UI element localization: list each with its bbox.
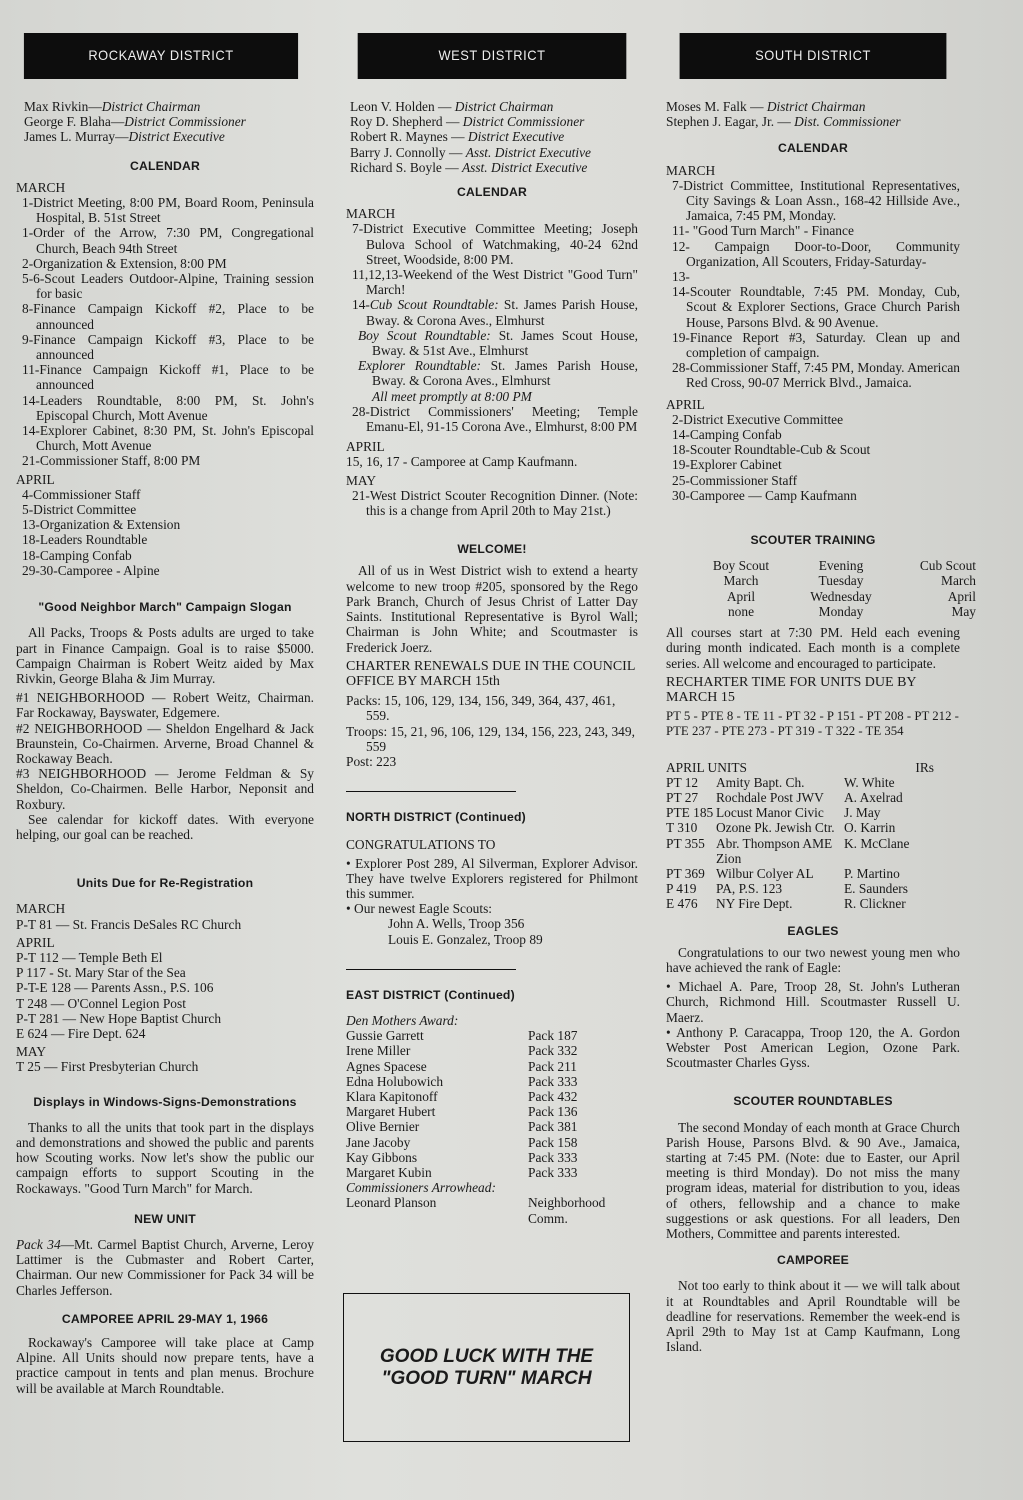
unit-sponsor: PA, P.S. 123 xyxy=(716,881,844,896)
irs-label: IRs xyxy=(844,760,934,775)
unit-entry: P-T-E 128 — Parents Assn., P.S. 106 xyxy=(16,980,314,995)
calendar-event: 5-District Committee xyxy=(16,502,314,517)
training-cell: April xyxy=(686,589,796,604)
calendar-event: 4-Commissioner Staff xyxy=(16,487,314,502)
new-unit-lead: Pack 34 xyxy=(16,1237,61,1252)
unit-number: P 419 xyxy=(666,881,716,896)
officer-role: District Executive xyxy=(129,129,225,144)
unit-entry: T 248 — O'Connel Legion Post xyxy=(16,996,314,1011)
den-mother-name: Jane Jacoby xyxy=(346,1135,528,1150)
calendar-event: 14-Explorer Cabinet, 8:30 PM, St. John's… xyxy=(16,423,314,453)
good-luck-line: GOOD LUCK WITH THE xyxy=(380,1346,593,1368)
officer-name: Barry J. Connolly — xyxy=(350,145,466,160)
den-mother-row: Agnes SpacesePack 211 xyxy=(346,1059,638,1074)
calendar-event: Boy Scout Roundtable: St. James Scout Ho… xyxy=(346,328,638,358)
training-cell: March xyxy=(686,573,796,588)
east-district-heading: EAST DISTRICT (Continued) xyxy=(346,988,638,1003)
training-cell: April xyxy=(886,589,976,604)
april-events: 4-Commissioner Staff5-District Committee… xyxy=(16,487,314,578)
roundtables-heading: SCOUTER ROUNDTABLES xyxy=(666,1094,960,1109)
calendar-heading: CALENDAR xyxy=(666,141,960,156)
slogan-heading: "Good Neighbor March" Campaign Slogan xyxy=(16,600,314,615)
unit-ir: O. Karrin xyxy=(844,820,934,835)
calendar-event: 11-Finance Campaign Kickoff #1, Place to… xyxy=(16,362,314,392)
camporee-body: Rockaway's Camporee will take place at C… xyxy=(16,1335,314,1396)
unit-number: PT 355 xyxy=(666,836,716,866)
officer-role: District Commissioner xyxy=(124,114,246,129)
unit-sponsor: Rochdale Post JWV xyxy=(716,790,844,805)
roundtable-label: Boy Scout Roundtable: xyxy=(358,328,491,343)
officer-role: Asst. District Executive xyxy=(466,145,591,160)
den-mother-row: Gussie GarrettPack 187 xyxy=(346,1028,638,1043)
unit-entry: T 25 — First Presbyterian Church xyxy=(16,1059,314,1074)
month-label: MAY xyxy=(16,1044,314,1059)
training-header: Evening xyxy=(796,558,886,573)
officer-name: Leon V. Holden — xyxy=(350,99,455,114)
neighborhoods: #1 NEIGHBORHOOD — Robert Weitz, Chairman… xyxy=(16,690,314,812)
unit-number: PT 369 xyxy=(666,866,716,881)
unit-sponsor: Wilbur Colyer AL xyxy=(716,866,844,881)
calendar-event: 14-Leaders Roundtable, 8:00 PM, St. John… xyxy=(16,393,314,423)
unit-ir: W. White xyxy=(844,775,934,790)
calendar-event: 19-Explorer Cabinet xyxy=(666,457,960,472)
rereg-heading: Units Due for Re-Registration xyxy=(16,876,314,891)
officer-role: District Executive xyxy=(468,129,564,144)
eagle-entry: • Michael A. Pare, Troop 28, St. John's … xyxy=(666,979,960,1025)
good-luck-line: "GOOD TURN" MARCH xyxy=(381,1368,591,1390)
calendar-event: 14-Scouter Roundtable, 7:45 PM. Monday, … xyxy=(666,284,960,330)
calendar-event: Explorer Roundtable: St. James Parish Ho… xyxy=(346,358,638,388)
eagle-entry: • Anthony P. Caracappa, Troop 120, the A… xyxy=(666,1025,960,1071)
calendar-event: 11,12,13-Weekend of the West District "G… xyxy=(346,267,638,297)
unit-number: PT 27 xyxy=(666,790,716,805)
calendar-event: 12- Campaign Door-to-Door, Community Org… xyxy=(666,239,960,269)
officer-role: District Chairman xyxy=(767,99,866,114)
calendar-event: 14-Cub Scout Roundtable: St. James Paris… xyxy=(346,297,638,327)
calendar-event: 1-District Meeting, 8:00 PM, Board Room,… xyxy=(16,195,314,225)
training-cell: March xyxy=(886,573,976,588)
calendar-event: 15, 16, 17 - Camporee at Camp Kaufmann. xyxy=(346,454,638,469)
den-mother-pack: Pack 432 xyxy=(528,1089,577,1104)
unit-entry: P-T 112 — Temple Beth El xyxy=(16,950,314,965)
west-district-column: WEST DISTRICT Leon V. Holden — District … xyxy=(346,33,638,1226)
north-bullet: • Explorer Post 289, Al Silverman, Explo… xyxy=(346,856,638,902)
north-district-heading: NORTH DISTRICT (Continued) xyxy=(346,810,638,825)
den-mother-name: Margaret Hubert xyxy=(346,1104,528,1119)
officer: Moses M. Falk — District Chairman xyxy=(666,99,960,114)
unit-entry: E 624 — Fire Dept. 624 xyxy=(16,1026,314,1041)
den-mother-row: Kay GibbonsPack 333 xyxy=(346,1150,638,1165)
calendar-heading: CALENDAR xyxy=(16,159,314,174)
officer-name: Max Rivkin— xyxy=(24,99,102,114)
arrowhead-unit: Neighborhood Comm. xyxy=(528,1195,608,1225)
calendar-event: 21-West District Scouter Recognition Din… xyxy=(346,488,638,518)
officer: George F. Blaha—District Commissioner xyxy=(24,114,314,129)
calendar-event: 7-District Executive Committee Meeting; … xyxy=(346,221,638,267)
slogan-body: All Packs, Troops & Posts adults are urg… xyxy=(16,625,314,686)
officer-name: George F. Blaha— xyxy=(24,114,124,129)
good-luck-box: GOOD LUCK WITH THE "GOOD TURN" MARCH xyxy=(343,1293,630,1442)
rockaway-district-column: ROCKAWAY DISTRICT Max Rivkin—District Ch… xyxy=(16,33,314,1400)
eagle-scout: John A. Wells, Troop 356 xyxy=(346,916,638,931)
officer-role: District Chairman xyxy=(102,99,201,114)
unit-number: PTE 185 xyxy=(666,805,716,820)
neighborhood-entry: #3 NEIGHBORHOOD — Jerome Feldman & Sy Sh… xyxy=(16,766,314,812)
training-cell: Wednesday xyxy=(796,589,886,604)
den-mothers-list: Gussie GarrettPack 187Irene MillerPack 3… xyxy=(346,1028,638,1180)
troops-list: Troops: 15, 21, 96, 106, 129, 134, 156, … xyxy=(346,724,638,754)
calendar-event: 19-Finance Report #3, Saturday. Clean up… xyxy=(666,330,960,360)
month-label: APRIL xyxy=(346,439,638,454)
officer: Barry J. Connolly — Asst. District Execu… xyxy=(350,145,638,160)
unit-ir: J. May xyxy=(844,805,934,820)
calendar-event: 18-Leaders Roundtable xyxy=(16,532,314,547)
unit-ir: K. McClane xyxy=(844,836,934,866)
den-mother-pack: Pack 333 xyxy=(528,1150,577,1165)
roundtable-note: All meet promptly at 8:00 PM xyxy=(372,389,532,404)
calendar-event: 21-Commissioner Staff, 8:00 PM xyxy=(16,453,314,468)
den-mothers-label: Den Mothers Award: xyxy=(346,1013,458,1028)
welcome-body: All of us in West District wish to exten… xyxy=(346,563,638,654)
training-cell: none xyxy=(686,604,796,619)
calendar-event: 14-Camping Confab xyxy=(666,427,960,442)
unit-sponsor: Amity Bapt. Ch. xyxy=(716,775,844,790)
den-mother-name: Agnes Spacese xyxy=(346,1059,528,1074)
calendar-event: 2-Organization & Extension, 8:00 PM xyxy=(16,256,314,271)
calendar-event: 2-District Executive Committee xyxy=(666,412,960,427)
den-mother-row: Margaret KubinPack 333 xyxy=(346,1165,638,1180)
divider xyxy=(346,969,516,970)
rereg-list: MARCHP-T 81 — St. Francis DeSales RC Chu… xyxy=(16,901,314,1074)
training-table: Boy ScoutEveningCub ScoutMarchTuesdayMar… xyxy=(686,558,960,619)
west-district-banner: WEST DISTRICT xyxy=(358,33,627,79)
new-unit-body: Pack 34—Mt. Carmel Baptist Church, Arver… xyxy=(16,1237,314,1298)
arrowhead-label: Commissioners Arrowhead: xyxy=(346,1180,496,1195)
calendar-event: 13-Organization & Extension xyxy=(16,517,314,532)
training-cell: Tuesday xyxy=(796,573,886,588)
new-unit-text: —Mt. Carmel Baptist Church, Arverne, Ler… xyxy=(16,1237,314,1298)
officer-role: Asst. District Executive xyxy=(462,160,587,175)
roundtable-label: Cub Scout Roundtable: xyxy=(370,297,499,312)
arrowhead-name: Leonard Planson xyxy=(346,1195,528,1225)
april-units-table: APRIL UNITSIRsPT 12Amity Bapt. Ch.W. Whi… xyxy=(666,760,960,912)
den-mother-name: Olive Bernier xyxy=(346,1119,528,1134)
camporee-heading: CAMPOREE xyxy=(666,1253,960,1268)
congrats-heading: CONGRATULATIONS TO xyxy=(346,837,638,852)
slogan-footer: See calendar for kickoff dates. With eve… xyxy=(16,812,314,842)
training-cell: Monday xyxy=(796,604,886,619)
calendar-event: 18-Camping Confab xyxy=(16,548,314,563)
recharter-heading: RECHARTER TIME FOR UNITS DUE BY MARCH 15 xyxy=(666,675,960,705)
new-unit-heading: NEW UNIT xyxy=(16,1212,314,1227)
den-mother-name: Kay Gibbons xyxy=(346,1150,528,1165)
den-mother-pack: Pack 381 xyxy=(528,1119,577,1134)
rockaway-officers: Max Rivkin—District Chairman George F. B… xyxy=(24,99,314,145)
unit-sponsor: Ozone Pk. Jewish Ctr. xyxy=(716,820,844,835)
calendar-event: 1-Order of the Arrow, 7:30 PM, Congregat… xyxy=(16,225,314,255)
unit-entry: P-T 81 — St. Francis DeSales RC Church xyxy=(16,917,314,932)
calendar-heading: CALENDAR xyxy=(346,185,638,200)
officer: Roy D. Shepherd — District Commissioner xyxy=(350,114,638,129)
post-list: Post: 223 xyxy=(346,754,638,769)
camporee-body: Not too early to think about it — we wil… xyxy=(666,1278,960,1354)
den-mother-pack: Pack 333 xyxy=(528,1074,577,1089)
den-mother-pack: Pack 211 xyxy=(528,1059,577,1074)
march-events: 1-District Meeting, 8:00 PM, Board Room,… xyxy=(16,195,314,469)
unit-number: PT 12 xyxy=(666,775,716,790)
recharter-units: PT 5 - PTE 8 - TE 11 - PT 32 - P 151 - P… xyxy=(666,709,960,739)
unit-ir: P. Martino xyxy=(844,866,934,881)
neighborhood-entry: #1 NEIGHBORHOOD — Robert Weitz, Chairman… xyxy=(16,690,314,720)
month-label: MAY xyxy=(346,473,638,488)
den-mother-row: Margaret HubertPack 136 xyxy=(346,1104,638,1119)
den-mother-name: Gussie Garrett xyxy=(346,1028,528,1043)
eagles-heading: EAGLES xyxy=(666,924,960,939)
den-mother-name: Klara Kapitonoff xyxy=(346,1089,528,1104)
den-mother-name: Irene Miller xyxy=(346,1043,528,1058)
month-label: APRIL xyxy=(16,472,314,487)
eagles-intro: Congratulations to our two newest young … xyxy=(666,945,960,975)
arrowhead-row: Leonard Planson Neighborhood Comm. xyxy=(346,1195,638,1225)
south-district-banner: SOUTH DISTRICT xyxy=(680,33,947,79)
officer: Leon V. Holden — District Chairman xyxy=(350,99,638,114)
den-mother-row: Irene MillerPack 332 xyxy=(346,1043,638,1058)
south-district-column: SOUTH DISTRICT Moses M. Falk — District … xyxy=(666,33,960,1358)
unit-sponsor: Abr. Thompson AME Zion xyxy=(716,836,844,866)
officer-name: Stephen J. Eagar, Jr. — xyxy=(666,114,794,129)
training-heading: SCOUTER TRAINING xyxy=(666,533,960,548)
eagle-scout: Louis E. Gonzalez, Troop 89 xyxy=(346,932,638,947)
month-label: MARCH xyxy=(666,163,960,178)
officer-name: Moses M. Falk — xyxy=(666,99,767,114)
officer-name: Richard S. Boyle — xyxy=(350,160,462,175)
event-date: 14- xyxy=(352,297,370,312)
unit-number: T 310 xyxy=(666,820,716,835)
calendar-event: 28-District Commissioners' Meeting; Temp… xyxy=(346,404,638,434)
den-mother-name: Edna Holubowich xyxy=(346,1074,528,1089)
calendar-event: 11- "Good Turn March" - Finance xyxy=(666,223,960,238)
calendar-event: 7-District Committee, Institutional Repr… xyxy=(666,178,960,224)
unit-ir: E. Saunders xyxy=(844,881,934,896)
neighborhood-entry: #2 NEIGHBORHOOD — Sheldon Engelhard & Ja… xyxy=(16,721,314,767)
roundtables-body: The second Monday of each month at Grace… xyxy=(666,1120,960,1242)
training-header: Boy Scout xyxy=(686,558,796,573)
month-label: MARCH xyxy=(16,180,314,195)
training-header: Cub Scout xyxy=(886,558,976,573)
training-body: All courses start at 7:30 PM. Held each … xyxy=(666,625,960,671)
april-events: 2-District Executive Committee14-Camping… xyxy=(666,412,960,503)
north-bullet: • Our newest Eagle Scouts: xyxy=(346,901,638,916)
den-mother-pack: Pack 332 xyxy=(528,1043,577,1058)
officer-name: Robert R. Maynes — xyxy=(350,129,468,144)
den-mother-row: Klara KapitonoffPack 432 xyxy=(346,1089,638,1104)
den-mother-pack: Pack 136 xyxy=(528,1104,577,1119)
unit-entry: P 117 - St. Mary Star of the Sea xyxy=(16,965,314,980)
displays-heading: Displays in Windows-Signs-Demonstrations xyxy=(16,1095,314,1110)
calendar-event: 13- xyxy=(666,269,960,284)
calendar-event: 25-Commissioner Staff xyxy=(666,473,960,488)
packs-list: Packs: 15, 106, 129, 134, 156, 349, 364,… xyxy=(346,693,638,723)
month-label: APRIL xyxy=(16,935,314,950)
unit-sponsor: Locust Manor Civic xyxy=(716,805,844,820)
officer: James L. Murray—District Executive xyxy=(24,129,314,144)
west-officers: Leon V. Holden — District ChairmanRoy D.… xyxy=(350,99,638,175)
month-label: APRIL xyxy=(666,397,960,412)
den-mother-row: Jane JacobyPack 158 xyxy=(346,1135,638,1150)
den-mother-row: Edna HolubowichPack 333 xyxy=(346,1074,638,1089)
calendar-event: 5-6-Scout Leaders Outdoor-Alpine, Traini… xyxy=(16,271,314,301)
month-label: MARCH xyxy=(346,206,638,221)
den-mother-pack: Pack 158 xyxy=(528,1135,577,1150)
camporee-heading: CAMPOREE APRIL 29-MAY 1, 1966 xyxy=(16,1312,314,1327)
officer: Max Rivkin—District Chairman xyxy=(24,99,314,114)
march-events: 7-District Committee, Institutional Repr… xyxy=(666,178,960,391)
unit-number: E 476 xyxy=(666,896,716,911)
month-label: MARCH xyxy=(16,901,314,916)
officer: Richard S. Boyle — Asst. District Execut… xyxy=(350,160,638,175)
unit-entry: P-T 281 — New Hope Baptist Church xyxy=(16,1011,314,1026)
calendar-event: 18-Scouter Roundtable-Cub & Scout xyxy=(666,442,960,457)
officer-name: Roy D. Shepherd — xyxy=(350,114,463,129)
calendar-event: 8-Finance Campaign Kickoff #2, Place to … xyxy=(16,301,314,331)
training-cell: May xyxy=(886,604,976,619)
officer: Stephen J. Eagar, Jr. — Dist. Commission… xyxy=(666,114,960,129)
officer: Robert R. Maynes — District Executive xyxy=(350,129,638,144)
calendar-event: 30-Camporee — Camp Kaufmann xyxy=(666,488,960,503)
den-mother-row: Olive BernierPack 381 xyxy=(346,1119,638,1134)
officer-role: District Chairman xyxy=(455,99,554,114)
unit-sponsor: NY Fire Dept. xyxy=(716,896,844,911)
den-mother-name: Margaret Kubin xyxy=(346,1165,528,1180)
officer-name: James L. Murray— xyxy=(24,129,129,144)
den-mother-pack: Pack 187 xyxy=(528,1028,577,1043)
divider xyxy=(346,791,516,792)
calendar-event: 29-30-Camporee - Alpine xyxy=(16,563,314,578)
calendar-event: 9-Finance Campaign Kickoff #3, Place to … xyxy=(16,332,314,362)
south-officers: Moses M. Falk — District Chairman Stephe… xyxy=(666,99,960,129)
officer-role: District Commissioner xyxy=(463,114,585,129)
unit-ir: A. Axelrad xyxy=(844,790,934,805)
rockaway-district-banner: ROCKAWAY DISTRICT xyxy=(24,33,298,79)
displays-body: Thanks to all the units that took part i… xyxy=(16,1120,314,1196)
welcome-heading: WELCOME! xyxy=(346,542,638,557)
charter-heading: CHARTER RENEWALS DUE IN THE COUNCIL OFFI… xyxy=(346,659,638,689)
den-mother-pack: Pack 333 xyxy=(528,1165,577,1180)
officer-role: Dist. Commissioner xyxy=(794,114,900,129)
roundtable-label: Explorer Roundtable: xyxy=(358,358,481,373)
april-units-label: APRIL UNITS xyxy=(666,760,844,775)
unit-ir: R. Clickner xyxy=(844,896,934,911)
calendar-event: 28-Commissioner Staff, 7:45 PM, Monday. … xyxy=(666,360,960,390)
